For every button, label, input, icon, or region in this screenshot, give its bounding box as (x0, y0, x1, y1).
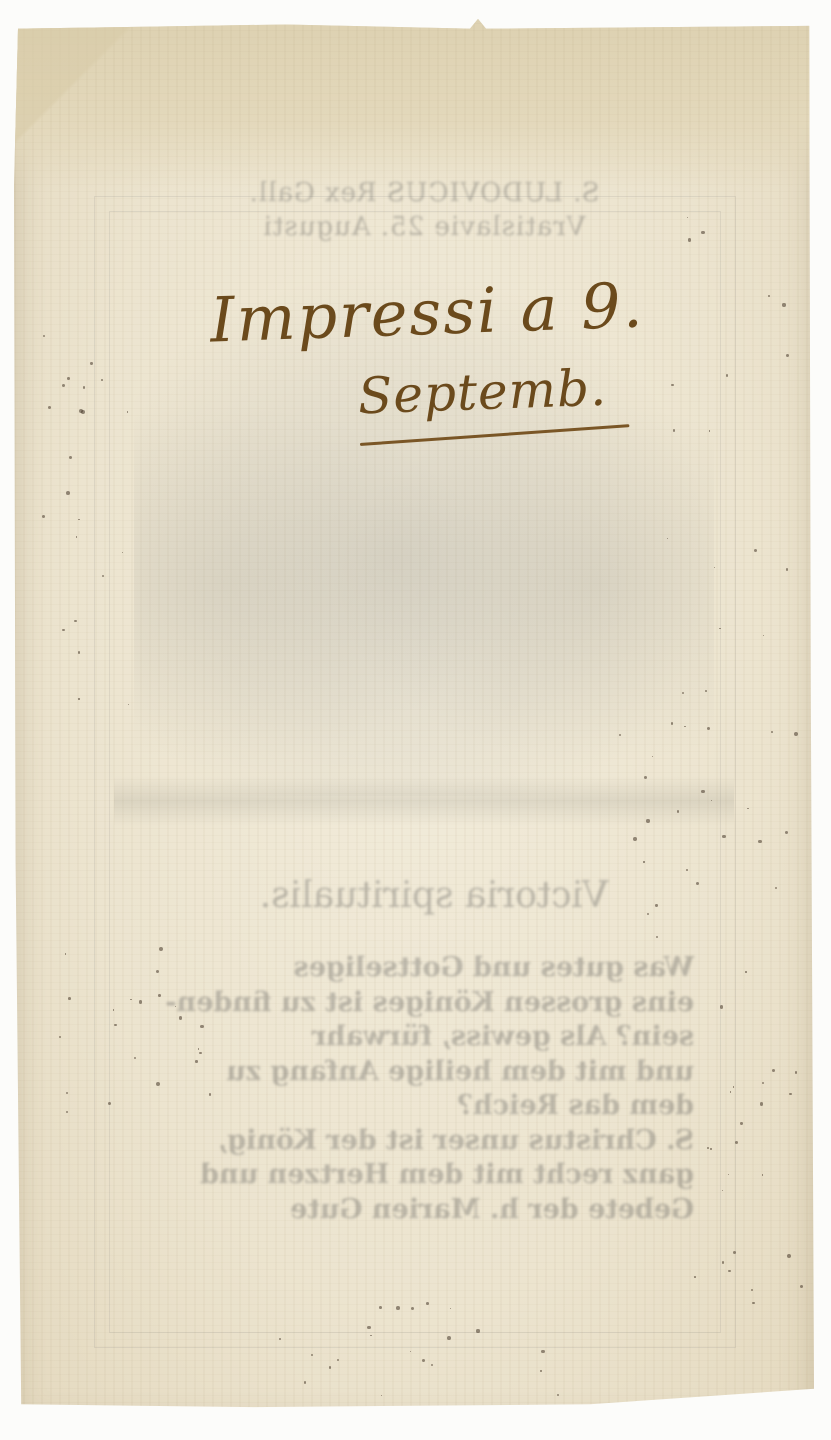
foxing-speck (81, 410, 85, 414)
bleed-through-body-line: eins grossen Königes ist zu finden- (154, 986, 694, 1021)
bleed-through-header-line1: S. LUDOVICUS Rex Gall. (249, 178, 600, 208)
foxing-speck (541, 1350, 544, 1353)
foxing-speck (134, 1057, 136, 1059)
foxing-speck (740, 1122, 742, 1124)
foxing-speck (158, 994, 161, 997)
bleed-through-body-line: dem das Reich? (154, 1089, 694, 1124)
bleed-through-header: S. LUDOVICUS Rex Gall. Vratislavie 25. A… (144, 176, 704, 244)
foxing-speck (540, 1370, 541, 1371)
paper-sheet: S. LUDOVICUS Rex Gall. Vratislavie 25. A… (14, 16, 814, 1424)
inscription-underline (360, 424, 630, 446)
foxing-speck (745, 971, 746, 972)
foxing-speck (48, 406, 51, 409)
foxing-speck (789, 1093, 791, 1095)
foxing-speck (646, 819, 649, 822)
foxing-speck (198, 1048, 199, 1049)
bleed-through-title: Victoria spiritualis. (184, 874, 684, 918)
foxing-speck (686, 869, 688, 871)
foxing-speck (431, 1364, 433, 1366)
inscription-line-1: Impressi a 9. (209, 270, 645, 355)
foxing-speck (90, 362, 92, 364)
foxing-speck (719, 628, 721, 630)
foxing-speck (78, 519, 80, 521)
handwritten-inscription: Impressi a 9. Septemb. (200, 278, 660, 468)
foxing-speck (42, 515, 45, 518)
foxing-speck (722, 835, 726, 839)
foxing-speck (701, 231, 705, 235)
foxing-speck (671, 384, 673, 386)
foxing-speck (758, 840, 762, 844)
foxing-speck (762, 1082, 764, 1084)
foxing-speck (733, 1086, 734, 1087)
foxing-speck (66, 1111, 68, 1113)
foxing-speck (677, 810, 679, 812)
foxing-speck (795, 1071, 798, 1074)
foxing-speck (787, 1254, 791, 1258)
foxing-speck (195, 1060, 197, 1062)
foxing-speck (710, 1148, 711, 1149)
foxing-speck (127, 411, 128, 412)
foxing-speck (311, 1354, 313, 1356)
foxing-speck (139, 1000, 143, 1004)
foxing-speck (114, 1024, 116, 1026)
foxing-speck (113, 1009, 114, 1010)
foxing-speck (156, 1082, 160, 1086)
foxing-speck (410, 1351, 411, 1352)
foxing-speck (74, 620, 77, 623)
foxing-speck (68, 997, 71, 1000)
foxing-speck (747, 808, 749, 810)
foxing-speck (476, 1329, 479, 1332)
bleed-through-border-band (114, 776, 734, 826)
inscription-line-2: Septemb. (357, 360, 608, 425)
foxing-speck (751, 1289, 753, 1291)
foxing-speck (711, 800, 712, 801)
bleed-through-body-line: ganz recht mit dem Hertzen und (154, 1158, 694, 1193)
foxing-speck (304, 1381, 307, 1384)
foxing-speck (337, 1359, 339, 1361)
bleed-through-body-line: sein? Als gewiss, fürwahr (154, 1020, 694, 1055)
foxing-speck (720, 1005, 723, 1008)
foxing-speck (794, 732, 798, 736)
foxing-speck (450, 1308, 451, 1309)
foxing-speck (643, 861, 644, 862)
bleed-through-body-line: S. Christus unser ist der König, (154, 1124, 694, 1159)
foxing-speck (785, 831, 789, 835)
foxing-speck (329, 1366, 332, 1369)
foxing-speck (655, 904, 657, 906)
foxing-speck (422, 1359, 425, 1362)
foxing-speck (396, 1306, 400, 1310)
foxing-speck (83, 386, 86, 389)
foxing-speck (722, 1261, 724, 1263)
foxing-speck (59, 1036, 61, 1038)
foxing-speck (447, 1336, 451, 1340)
foxing-speck (66, 1092, 68, 1094)
foxing-speck (786, 568, 788, 570)
bleed-through-footer-lines (14, 16, 574, 76)
foxing-speck (735, 1141, 738, 1144)
foxing-speck (69, 456, 72, 459)
bleed-through-body-line: Was gutes und Gottseliges (154, 951, 694, 986)
foxing-speck (67, 377, 70, 380)
foxing-speck (62, 629, 64, 631)
foxing-speck (209, 1093, 211, 1095)
foxing-speck (279, 1338, 281, 1340)
foxing-speck (726, 374, 728, 376)
foxing-speck (760, 1102, 764, 1106)
foxing-speck (782, 303, 785, 306)
foxing-speck (775, 887, 777, 889)
foxing-speck (633, 837, 637, 841)
foxing-speck (800, 1285, 803, 1288)
foxing-speck (66, 491, 70, 495)
foxing-speck (684, 726, 686, 728)
bleed-through-header-line2: Vratislavie 25. Augusti (263, 212, 586, 242)
bleed-through-body-line: und mit dem heilige Anfang zu (154, 1055, 694, 1090)
foxing-speck (199, 1052, 201, 1054)
foxing-speck (381, 1395, 382, 1396)
bleed-through-body: Was gutes und Gottseligeseins grossen Kö… (154, 951, 694, 1227)
foxing-speck (557, 1394, 559, 1396)
foxing-speck (377, 1407, 378, 1408)
foxing-speck (76, 536, 78, 538)
foxing-speck (62, 384, 65, 387)
foxing-speck (762, 1174, 764, 1176)
foxing-speck (101, 379, 103, 381)
foxing-speck (43, 335, 45, 337)
foxing-speck (78, 698, 79, 699)
foxing-speck (694, 1276, 696, 1278)
foxing-speck (786, 354, 789, 357)
foxing-speck (768, 295, 770, 297)
foxing-speck (763, 635, 764, 636)
foxing-speck (771, 731, 773, 733)
foxing-speck (772, 1069, 775, 1072)
bleed-through-body-line: Gebete der h. Marien Gute (154, 1193, 694, 1228)
foxing-speck (656, 936, 658, 938)
foxing-speck (65, 953, 66, 954)
foxing-speck (701, 790, 704, 793)
foxing-speck (752, 1302, 755, 1305)
foxing-speck (754, 549, 757, 552)
foxing-speck (688, 238, 691, 241)
foxing-speck (78, 651, 80, 653)
scan-background: S. LUDOVICUS Rex Gall. Vratislavie 25. A… (0, 0, 831, 1440)
